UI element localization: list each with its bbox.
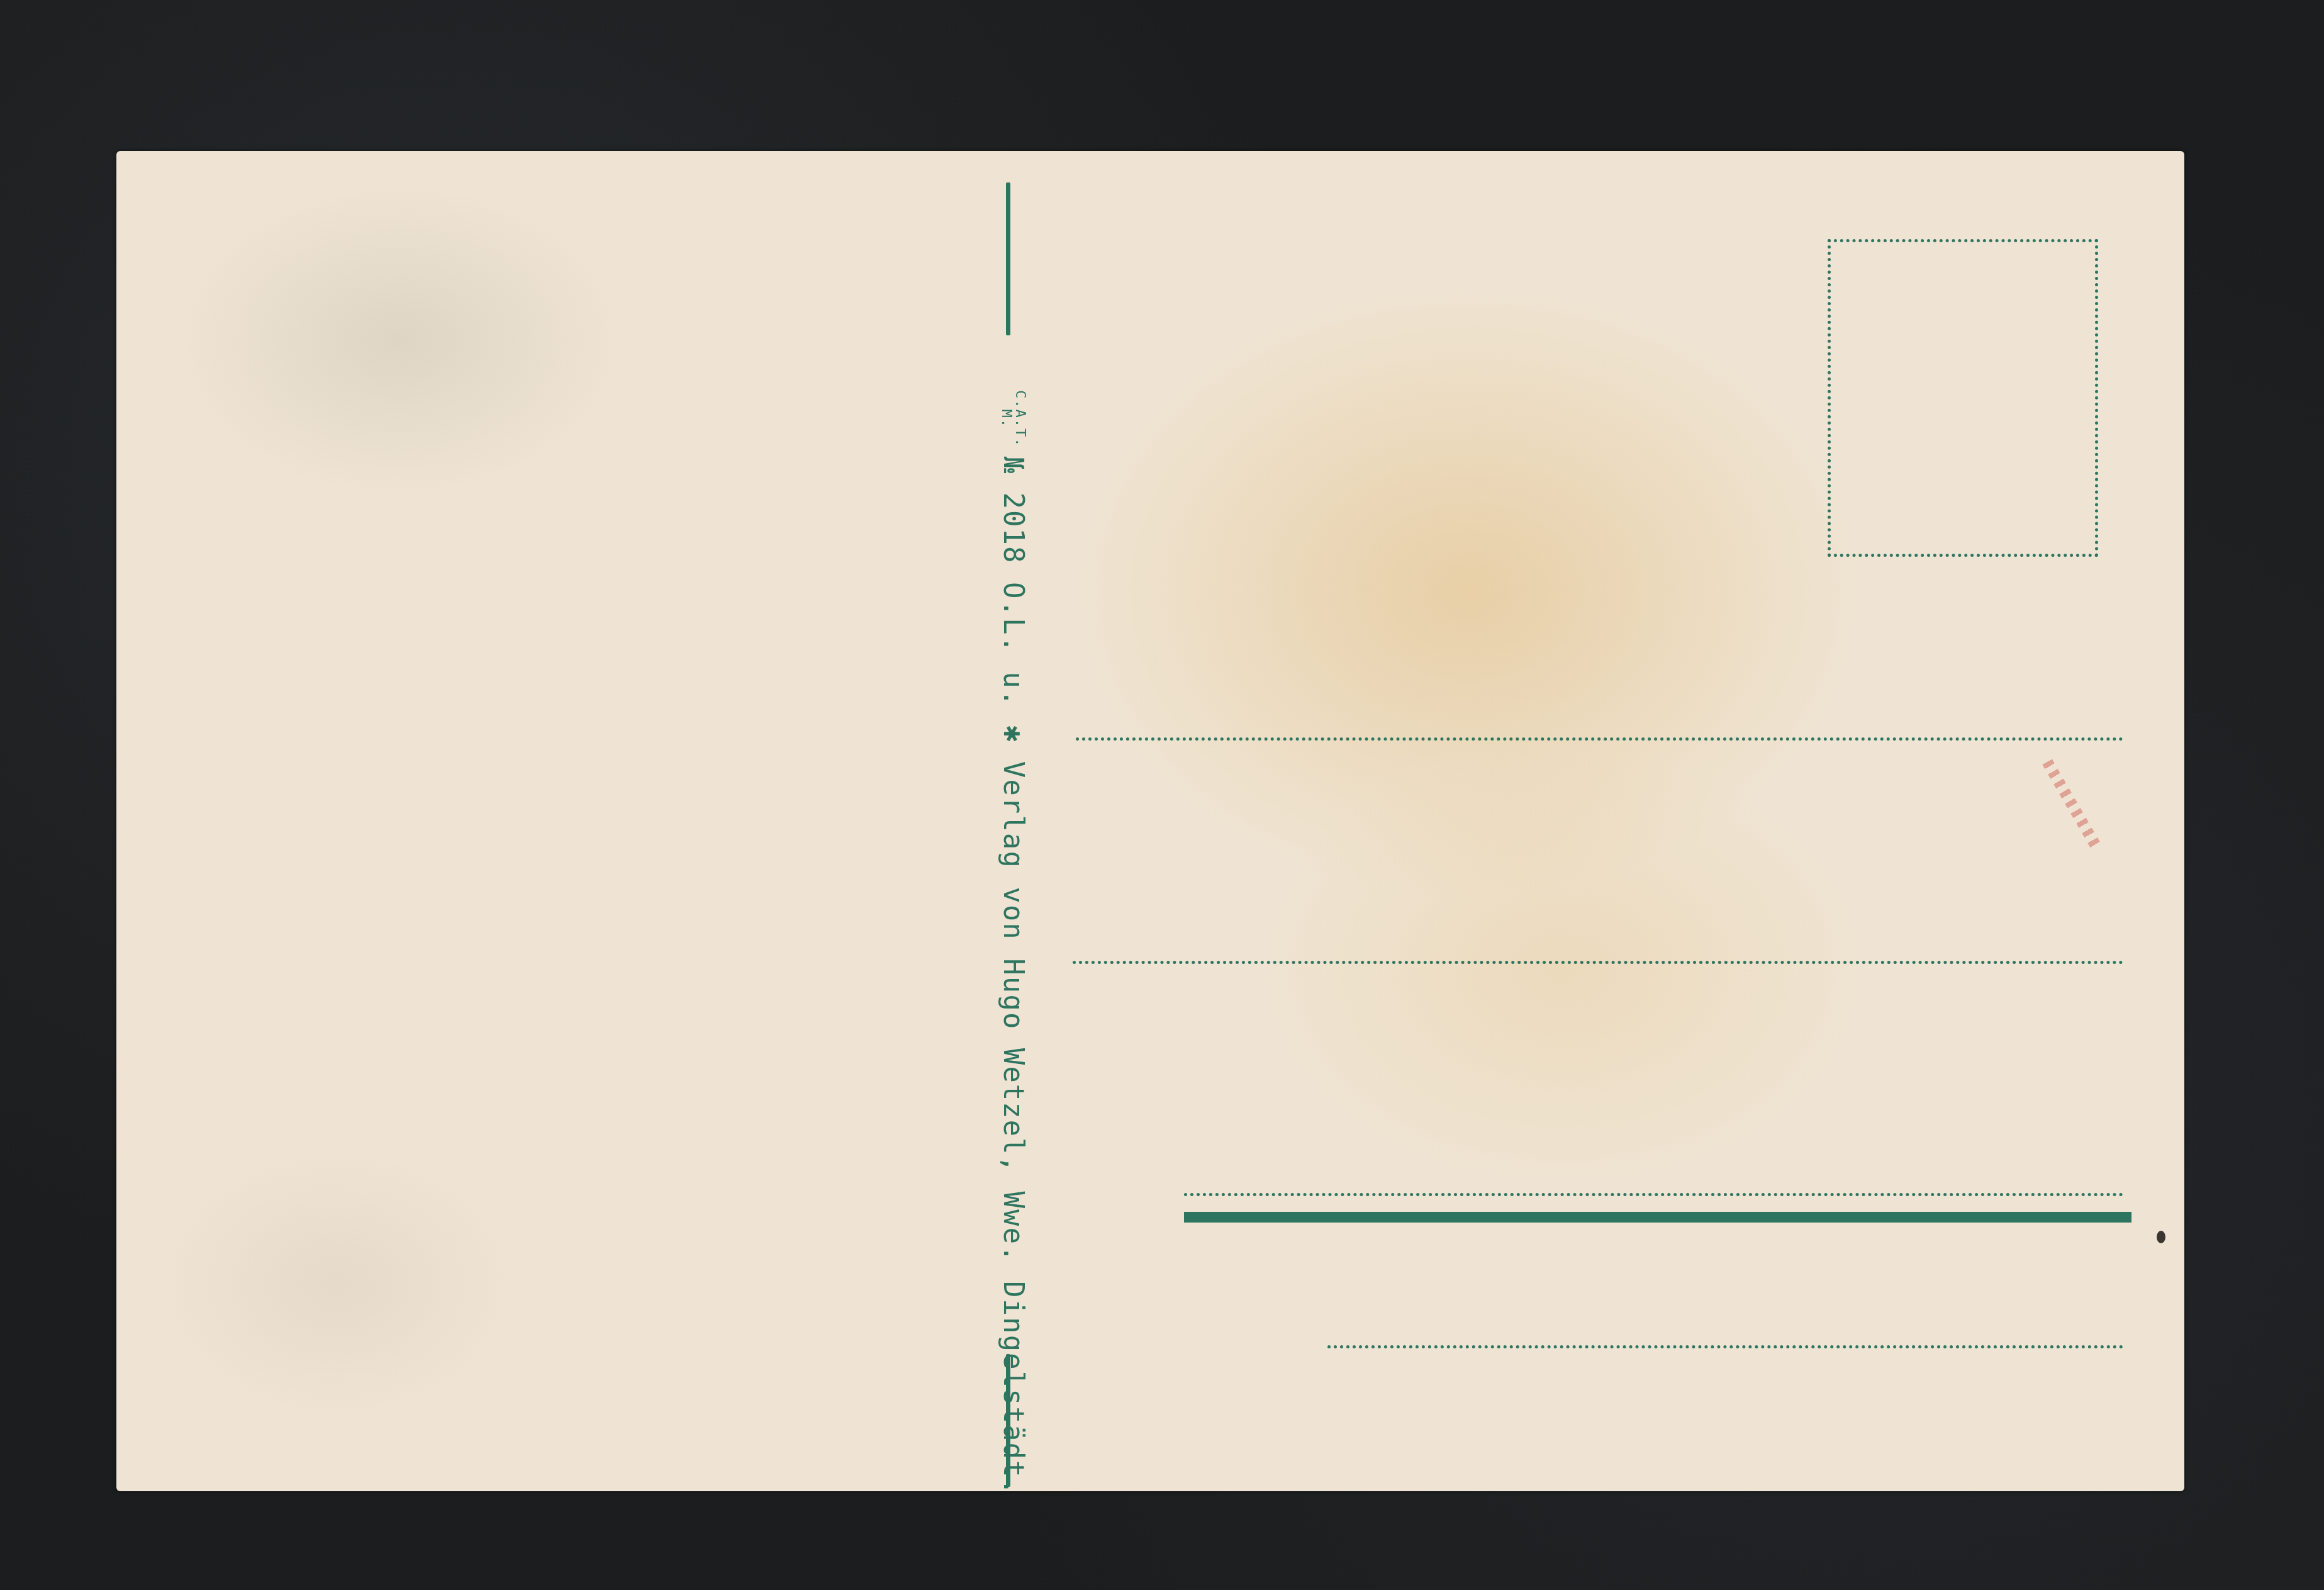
- imprint-text: № 2018 O.L. u. ✱ Verlag von Hugo Wetzel,…: [997, 456, 1029, 1496]
- address-line-3: [1184, 1193, 2123, 1196]
- address-line-1: [1076, 737, 2123, 741]
- monogram-top: C.A.T.: [1014, 390, 1027, 447]
- address-underline-bar: [1184, 1212, 2131, 1223]
- ink-spot: [2157, 1231, 2165, 1243]
- center-divider-top: [1006, 182, 1010, 335]
- postcard: C.A.T. M. № 2018 O.L. u. ✱ Verlag von Hu…: [116, 151, 2184, 1491]
- monogram-bottom: M.: [1000, 390, 1014, 447]
- publisher-imprint: C.A.T. M. № 2018 O.L. u. ✱ Verlag von Hu…: [997, 390, 1029, 1496]
- address-line-4: [1327, 1345, 2123, 1348]
- center-divider-bottom: [1006, 1354, 1010, 1487]
- red-ink-stain: [2042, 759, 2103, 852]
- stamp-box: [1828, 239, 2098, 557]
- publisher-monogram: C.A.T. M.: [1000, 390, 1027, 447]
- address-line-2: [1073, 961, 2123, 964]
